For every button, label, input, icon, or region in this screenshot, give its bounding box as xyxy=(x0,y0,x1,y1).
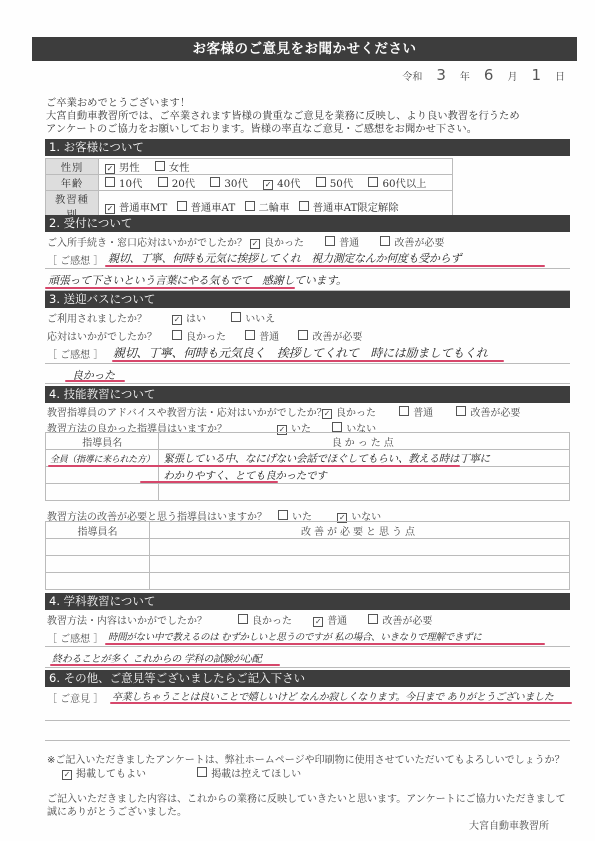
checkbox-empty-icon xyxy=(105,177,115,187)
permission-question: ※ご記入いただきましたアンケートは、弊社ホームページや印刷物に使用させていただい… xyxy=(47,751,565,766)
checkbox-mt[interactable]: ✓普通車MT xyxy=(105,199,167,214)
checkbox-empty-icon xyxy=(278,510,288,520)
gender-label: 性別 xyxy=(46,159,99,175)
intro-line: アンケートのご協力をお願いしております。皆様の率直なご意見・ご感想をお聞かせ下さ… xyxy=(46,123,586,136)
checkbox-at[interactable]: 普通車AT xyxy=(177,199,236,214)
table-row xyxy=(46,556,570,573)
checkbox-checked-icon: ✓ xyxy=(322,409,332,419)
table-row: 年齢 10代 20代 30代 ✓40代 50代 60代以上 xyxy=(46,175,453,191)
underline-mark xyxy=(105,265,545,267)
checkbox-empty-icon xyxy=(238,614,248,624)
date-month[interactable]: 6 xyxy=(484,66,494,84)
checkbox-empty-icon xyxy=(325,236,335,246)
underline-mark xyxy=(140,481,278,483)
checkbox-empty-icon xyxy=(245,201,255,211)
instructor-name-cell[interactable] xyxy=(46,556,150,573)
improvement-points-cell[interactable] xyxy=(150,556,570,573)
handwritten-comment[interactable]: 時間がない中で教えるのは むずかしいと思うのですが 私の場合、いきなりで理解でき… xyxy=(108,629,481,643)
shuttle-service-question: 応対はいかがでしたか？ xyxy=(47,328,157,343)
thanks-text-2: 誠にありがとうございました。 xyxy=(47,803,187,818)
handwritten-comment[interactable]: 親切、丁寧、何時も元気良く 挨拶してくれて 時には励ましてもくれ xyxy=(113,344,487,361)
instructor-advice-options: ✓良かった 普通 改善が必要 xyxy=(322,404,532,419)
table-row: わかりやすく、とても良かったです xyxy=(46,467,570,484)
handwritten-comment[interactable]: 親切、丁寧、何時も元気に挨拶してくれ 視力測定なんか何度も受からず xyxy=(108,250,461,266)
date-field: 令和 3 年 6 月 1 日 xyxy=(402,66,565,84)
checkbox-needs-improvement[interactable]: 改善が必要 xyxy=(368,612,432,627)
table-row xyxy=(46,573,570,590)
date-day[interactable]: 1 xyxy=(531,66,541,84)
checkbox-empty-icon xyxy=(177,201,187,211)
handwritten-comment[interactable]: 頑張って下さいという言葉にやる気もでて 感謝しています。 xyxy=(48,272,347,288)
comment-label: ［ ご感想 ］ xyxy=(47,252,103,267)
checkbox-empty-icon xyxy=(368,177,378,187)
handwritten-comment[interactable]: 終わることが多く これからの 学科の試験が心配 xyxy=(52,650,261,665)
checkbox-checked-icon: ✓ xyxy=(62,770,72,780)
checkbox-checked-icon: ✓ xyxy=(250,239,260,249)
date-year-label: 年 xyxy=(460,68,470,83)
instructor-advice-question: 教習指導員のアドバイスや教習方法・応対はいかがでしたか？ xyxy=(47,404,327,419)
section-shuttle-header: 3. 送迎バスについて xyxy=(45,291,570,308)
academic-question: 教習方法・内容はいかがでしたか？ xyxy=(47,612,207,627)
checkbox-at-limit-removal[interactable]: 普通車AT限定解除 xyxy=(299,199,399,214)
date-day-label: 日 xyxy=(555,68,565,83)
good-points-cell[interactable]: 緊張している中、なにげない会話でほぐしてもらい、教える時は丁寧に xyxy=(159,450,570,467)
underline-mark xyxy=(45,287,295,289)
checkbox-50s[interactable]: 50代 xyxy=(316,175,353,190)
checkbox-no[interactable]: いいえ xyxy=(231,310,275,325)
checkbox-empty-icon xyxy=(316,177,326,187)
shuttle-used-question: ご利用されましたか？ xyxy=(47,310,147,325)
table-row: 全員（指導に来られた方） 緊張している中、なにげない会話でほぐしてもらい、教える… xyxy=(46,450,570,467)
checkbox-checked-icon: ✓ xyxy=(263,180,273,190)
checkbox-empty-icon xyxy=(158,177,168,187)
checkbox-empty-icon xyxy=(332,422,342,432)
checkbox-good[interactable]: 良かった xyxy=(238,612,292,627)
checkbox-empty-icon xyxy=(298,330,308,340)
underline-mark xyxy=(110,702,572,704)
date-month-label: 月 xyxy=(507,68,517,83)
checkbox-average[interactable]: ✓普通 xyxy=(313,612,347,627)
form-title: お客様のご意見をお聞かせください xyxy=(32,37,577,61)
checkbox-empty-icon xyxy=(245,330,255,340)
shuttle-used-options: ✓はい いいえ xyxy=(172,310,287,325)
section-practical-header: 4. 技能教習について xyxy=(45,386,570,403)
section-customer-header: 1. お客様について xyxy=(45,139,570,156)
handwritten-comment[interactable]: 卒業しちゃうことは良いことで嬉しいけど なんか寂しくなります。今日まで ありがと… xyxy=(112,688,553,703)
shuttle-service-options: 良かった 普通 改善が必要 xyxy=(172,328,374,343)
table-header-row: 指導員名 良かった点 xyxy=(46,433,570,450)
checkbox-good[interactable]: ✓良かった xyxy=(322,404,376,419)
reception-options: ✓良かった 普通 改善が必要 xyxy=(250,234,456,249)
comment-rule xyxy=(45,363,570,364)
comment-rule xyxy=(45,268,570,269)
comment-label: ［ ご感想 ］ xyxy=(47,630,103,645)
checkbox-checked-icon: ✓ xyxy=(105,164,115,174)
checkbox-empty-icon xyxy=(172,330,182,340)
checkbox-motorcycle[interactable]: 二輪車 xyxy=(245,199,290,214)
section-reception-header: 2. 受付について xyxy=(45,215,570,232)
checkbox-checked-icon: ✓ xyxy=(313,617,323,627)
intro-line: ご卒業おめでとうございます！ xyxy=(46,97,586,110)
checkbox-needs-improvement[interactable]: 改善が必要 xyxy=(298,328,362,343)
checkbox-60s-plus[interactable]: 60代以上 xyxy=(368,175,426,190)
table-row: 性別 ✓男性 女性 xyxy=(46,159,453,175)
age-label: 年齢 xyxy=(46,175,99,191)
section-academic-header: 4. 学科教習について xyxy=(45,593,570,610)
checkbox-empty-icon xyxy=(380,236,390,246)
date-year[interactable]: 3 xyxy=(436,66,446,84)
checkbox-yes[interactable]: ✓はい xyxy=(172,310,206,325)
bad-instructor-table: 指導員名 改善が必要と思う点 xyxy=(45,521,570,590)
comment-rule xyxy=(45,720,570,721)
checkbox-40s[interactable]: ✓40代 xyxy=(263,175,300,190)
checkbox-male[interactable]: ✓男性 xyxy=(105,159,140,174)
table-row xyxy=(46,484,570,501)
col-header-improvement-points: 改善が必要と思う点 xyxy=(150,522,570,539)
underline-mark xyxy=(105,643,545,645)
instructor-name-cell[interactable]: 全員（指導に来られた方） xyxy=(46,450,159,467)
checkbox-empty-icon xyxy=(210,177,220,187)
table-row xyxy=(46,539,570,556)
good-points-cell[interactable] xyxy=(159,484,570,501)
academic-options: 良かった ✓普通 改善が必要 xyxy=(238,612,444,627)
checkbox-average[interactable]: 普通 xyxy=(399,404,433,419)
checkbox-average[interactable]: 普通 xyxy=(325,234,359,249)
improvement-points-cell[interactable] xyxy=(150,539,570,556)
comment-rule xyxy=(45,383,570,384)
underline-mark xyxy=(48,465,460,467)
comment-rule xyxy=(45,740,570,741)
opinion-label: ［ ご意見 ］ xyxy=(47,690,103,705)
checkbox-10s[interactable]: 10代 xyxy=(105,175,142,190)
checkbox-good[interactable]: 良かった xyxy=(172,328,226,343)
comment-label: ［ ご感想 ］ xyxy=(47,346,103,361)
reception-question: ご入所手続き・窓口応対はいかがでしたか？ xyxy=(47,234,247,249)
age-options: 10代 20代 30代 ✓40代 50代 60代以上 xyxy=(99,175,453,191)
col-header-instructor: 指導員名 xyxy=(46,433,159,450)
customer-info-table: 性別 ✓男性 女性 年齢 10代 20代 30代 ✓40代 50代 60代以上 … xyxy=(45,158,453,222)
underline-mark xyxy=(112,360,504,362)
checkbox-30s[interactable]: 30代 xyxy=(210,175,247,190)
col-header-instructor: 指導員名 xyxy=(46,522,150,539)
checkbox-average[interactable]: 普通 xyxy=(245,328,279,343)
checkbox-checked-icon: ✓ xyxy=(172,315,182,325)
checkbox-empty-icon xyxy=(231,312,241,322)
checkbox-empty-icon xyxy=(197,767,207,777)
checkbox-female[interactable]: 女性 xyxy=(155,159,190,174)
underline-mark xyxy=(50,664,280,666)
date-era: 令和 xyxy=(402,68,422,83)
checkbox-empty-icon xyxy=(368,614,378,624)
col-header-good-points: 良かった点 xyxy=(159,433,570,450)
instructor-name-cell[interactable] xyxy=(46,573,150,590)
checkbox-decline-publish[interactable]: 掲載は控えてほしい xyxy=(197,765,301,780)
permission-options: ✓掲載してもよい 掲載は控えてほしい xyxy=(62,765,313,780)
checkbox-needs-improvement[interactable]: 改善が必要 xyxy=(380,234,444,249)
checkbox-empty-icon xyxy=(155,161,165,171)
intro-text: ご卒業おめでとうございます！ 大宮自動車教習所では、ご卒業されます皆様の貴重なご… xyxy=(46,97,586,136)
section-other-header: 6. その他、ご意見等ございましたらご記入下さい xyxy=(45,670,570,687)
checkbox-empty-icon xyxy=(456,406,466,416)
instructor-name-cell[interactable] xyxy=(46,539,150,556)
improvement-points-cell[interactable] xyxy=(150,573,570,590)
underline-mark xyxy=(65,380,125,382)
school-signature: 大宮自動車教習所 xyxy=(469,817,549,832)
checkbox-good[interactable]: ✓良かった xyxy=(250,234,304,249)
instructor-name-cell[interactable] xyxy=(46,484,159,501)
checkbox-allow-publish[interactable]: ✓掲載してもよい xyxy=(62,765,146,780)
comment-rule xyxy=(45,646,570,647)
gender-options: ✓男性 女性 xyxy=(99,159,453,175)
checkbox-empty-icon xyxy=(299,201,309,211)
intro-line: 大宮自動車教習所では、ご卒業されます皆様の貴重なご意見を業務に反映し、より良い教… xyxy=(46,110,586,123)
checkbox-needs-improvement[interactable]: 改善が必要 xyxy=(456,404,520,419)
comment-rule xyxy=(45,667,570,668)
checkbox-empty-icon xyxy=(399,406,409,416)
checkbox-checked-icon: ✓ xyxy=(105,204,115,214)
table-header-row: 指導員名 改善が必要と思う点 xyxy=(46,522,570,539)
checkbox-20s[interactable]: 20代 xyxy=(158,175,195,190)
